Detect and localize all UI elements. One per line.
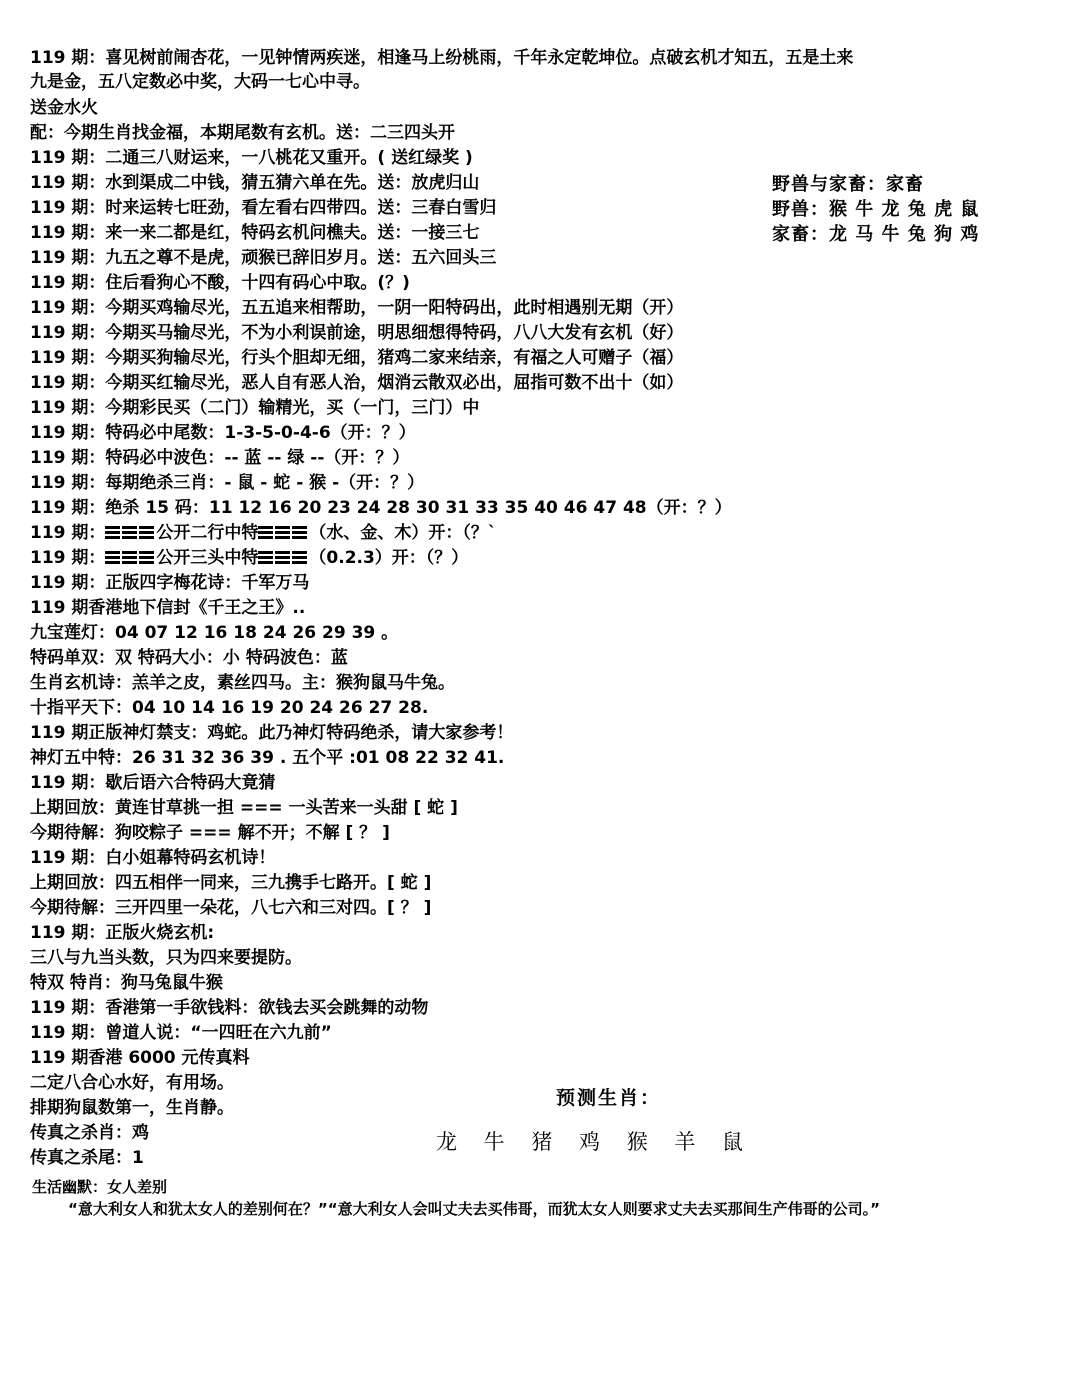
line-prefix: 119 期： — [30, 523, 105, 543]
text-line: 三八与九当头数，只为四来要提防。 — [30, 946, 302, 971]
text-line: 上期回放：黄连甘草挑一担 === 一头苦来一头甜 [ 蛇 ] — [30, 796, 458, 821]
animal-heading: 野兽与家畜：家畜 — [772, 172, 979, 197]
text-line: 119 期：香港第一手欲钱料：欲钱去买会跳舞的动物 — [30, 996, 428, 1021]
text-line: 119 期：今期彩民买（二门）输精光，买（一门，三门）中 — [30, 396, 479, 421]
text-line: 119 期：歇后语六合特码大竟猜 — [30, 771, 275, 796]
text-line: 119 期：正版火烧玄机: — [30, 921, 214, 946]
text-line: 119 期：喜见树前闹杏花，一见钟情两疾迷，相逢马上纷桃雨，千年永定乾坤位。点破… — [30, 46, 853, 71]
text-line: 神灯五中特：26 31 32 36 39 . 五个平 :01 08 22 32 … — [30, 746, 504, 771]
text-line: 九宝莲灯：04 07 12 16 18 24 26 29 39 。 — [30, 621, 398, 646]
text-line: 119 期香港 6000 元传真料 — [30, 1046, 250, 1071]
text-line: 119 期：来一来二都是红，特码玄机问樵夫。送：一接三七 — [30, 221, 479, 246]
text-line: 119 期：正版四字梅花诗：千军万马 — [30, 571, 309, 596]
text-line: 119 期：住后看狗心不酸，十四有码心中取。(？) — [30, 271, 410, 296]
text-line: 119 期：时来运转七旺劲，看左看右四带四。送：三春白雪归 — [30, 196, 496, 221]
text-line: 传真之杀肖：鸡 — [30, 1121, 149, 1146]
text-line: 上期回放：四五相伴一同来，三九携手七路开。[ 蛇 ] — [30, 871, 431, 896]
line-suffix: （0.2.3）开：（？） — [309, 548, 468, 568]
text-line: 119 期：特码必中波色：-- 蓝 -- 绿 --（开：？） — [30, 446, 409, 471]
animal-classification: 野兽与家畜：家畜 野兽：猴 牛 龙 兔 虎 鼠 家畜：龙 马 牛 兔 狗 鸡 — [772, 172, 979, 247]
trigram-bars-icon — [258, 521, 309, 546]
text-line: 119 期：绝杀 15 码：11 12 16 20 23 24 28 30 31… — [30, 496, 732, 521]
text-line: 119 期：特码必中尾数：1-3-5-0-4-6（开：？） — [30, 421, 416, 446]
text-line: 119 期：曾道人说：“一四旺在六九前” — [30, 1021, 332, 1046]
text-line: 今期待解：狗咬粽子 === 解不开；不解 [ ？ ] — [30, 821, 390, 846]
trigram-bars-icon — [105, 521, 156, 546]
text-line: 119 期：每期绝杀三肖：- 鼠 - 蛇 - 猴 -（开：？） — [30, 471, 424, 496]
text-line: 119 期：今期买马输尽光，不为小利误前途，明思细想得特码，八八大发有玄机（好） — [30, 321, 683, 346]
text-line: 配：今期生肖找金福，本期尾数有玄机。送：二三四头开 — [30, 121, 455, 146]
text-line: 十指平天下：04 10 14 16 19 20 24 26 27 28. — [30, 696, 428, 721]
prediction-zodiacs: 龙 牛 猪 鸡 猴 羊 鼠 — [436, 1126, 749, 1156]
text-line: 特双 特肖：狗马兔鼠牛猴 — [30, 971, 223, 996]
text-line: 今期待解：三开四里一朵花，八七六和三对四。[ ？ ] — [30, 896, 431, 921]
domestic-animals: 家畜：龙 马 牛 兔 狗 鸡 — [772, 222, 979, 247]
text-line: 送金水火 — [30, 96, 98, 121]
text-line: 119 期：九五之尊不是虎，顽猴已辞旧岁月。送：五六回头三 — [30, 246, 496, 271]
text-line: 排期狗鼠数第一，生肖静。 — [30, 1096, 234, 1121]
trigram-bars-icon — [105, 546, 156, 571]
text-line: 生肖玄机诗：羔羊之皮，素丝四马。主：猴狗鼠马牛兔。 — [30, 671, 455, 696]
text-line: 119 期香港地下信封《千王之王》.. — [30, 596, 305, 621]
text-line: 119 期：白小姐幕特码玄机诗！ — [30, 846, 275, 871]
text-line-with-trigrams: 119 期：公开二行中特（水、金、木）开：（？` — [30, 521, 496, 546]
wild-animals: 野兽：猴 牛 龙 兔 虎 鼠 — [772, 197, 979, 222]
line-suffix: （水、金、木）开：（？` — [309, 523, 496, 543]
text-line: 119 期：水到渠成二中钱，猜五猜六单在先。送：放虎归山 — [30, 171, 479, 196]
text-line: 119 期：二通三八财运来，一八桃花又重开。( 送红绿奖 ) — [30, 146, 473, 171]
text-line-with-trigrams: 119 期：公开三头中特（0.2.3）开：（？） — [30, 546, 468, 571]
text-line: 二定八合心水好，有用场。 — [30, 1071, 234, 1096]
prediction-title: 预测生肖： — [556, 1083, 661, 1110]
text-line: 传真之杀尾：1 — [30, 1146, 144, 1171]
text-line: 119 期：今期买狗输尽光，行头个胆却无细，猪鸡二家来结亲，有福之人可赠子（福） — [30, 346, 683, 371]
line-prefix: 119 期： — [30, 548, 105, 568]
text-line: 特码单双：双 特码大小：小 特码波色：蓝 — [30, 646, 348, 671]
humor-body: “意大利女人和犹太女人的差别何在？”“意大利女人会叫丈夫去买伟哥，而犹太女人则要… — [30, 1198, 1060, 1221]
line-middle: 公开二行中特 — [156, 523, 258, 543]
text-line: 119 期：今期买红输尽光，恶人自有恶人治，烟消云散双必出，屈指可数不出十（如） — [30, 371, 683, 396]
text-line: 119 期正版神灯禁支：鸡蛇。此乃神灯特码绝杀，请大家参考！ — [30, 721, 513, 746]
trigram-bars-icon — [258, 546, 309, 571]
text-line: 119 期：今期买鸡输尽光，五五追来相帮助，一阴一阳特码出，此时相遇别无期（开） — [30, 296, 683, 321]
text-line: 九是金，五八定数必中奖，大码一七心中寻。 — [30, 70, 370, 95]
line-middle: 公开三头中特 — [156, 548, 258, 568]
humor-title: 生活幽默：女人差别 — [32, 1176, 167, 1197]
